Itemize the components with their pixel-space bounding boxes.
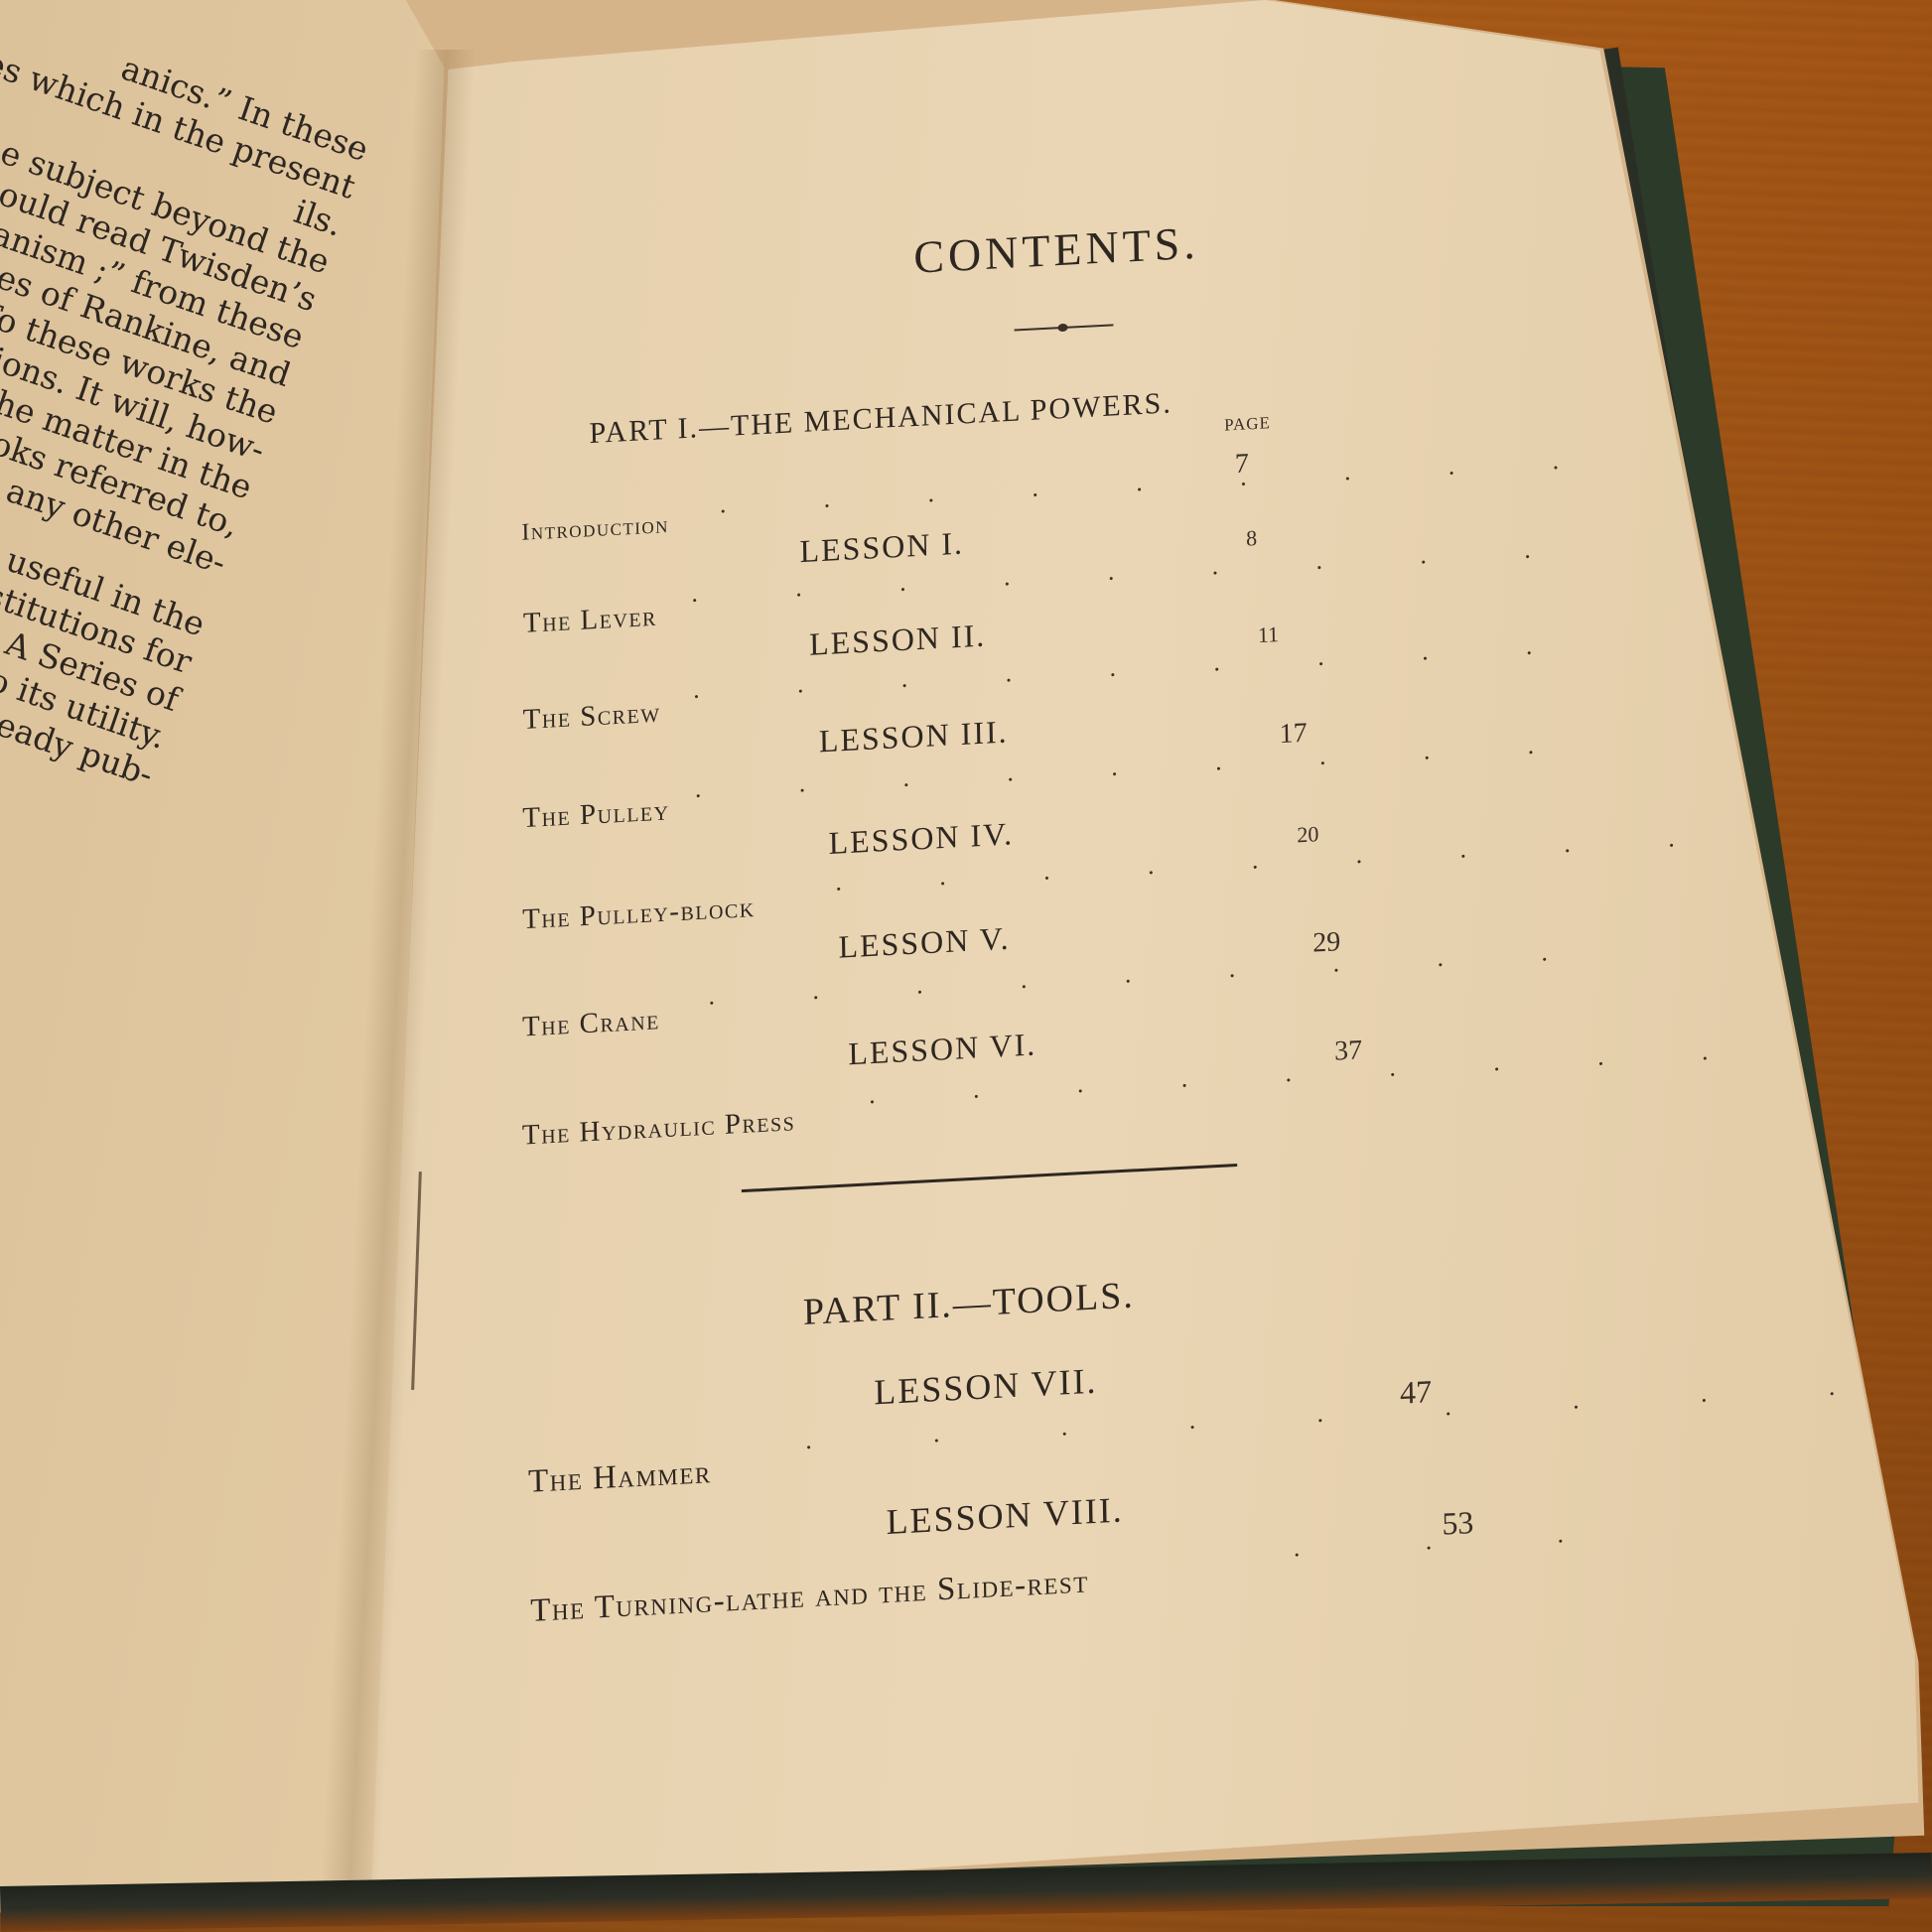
wooden-table-background: anics.” In these es which in the present… (0, 0, 1932, 1932)
toc-page-number: 20 (1297, 821, 1318, 848)
toc-page-number: 47 (1400, 1373, 1433, 1412)
toc-page-number: 29 (1312, 926, 1341, 959)
toc-page-number: 8 (1246, 525, 1257, 552)
toc-page-number: 37 (1334, 1035, 1363, 1067)
toc-page-number: 11 (1258, 621, 1280, 648)
toc-page-number: 7 (1235, 448, 1250, 481)
toc-entry-title: The Lever (523, 601, 657, 640)
page-column-label: PAGE (1224, 413, 1271, 435)
toc-page-number: 17 (1279, 718, 1308, 751)
toc-page-number: 53 (1442, 1504, 1474, 1543)
